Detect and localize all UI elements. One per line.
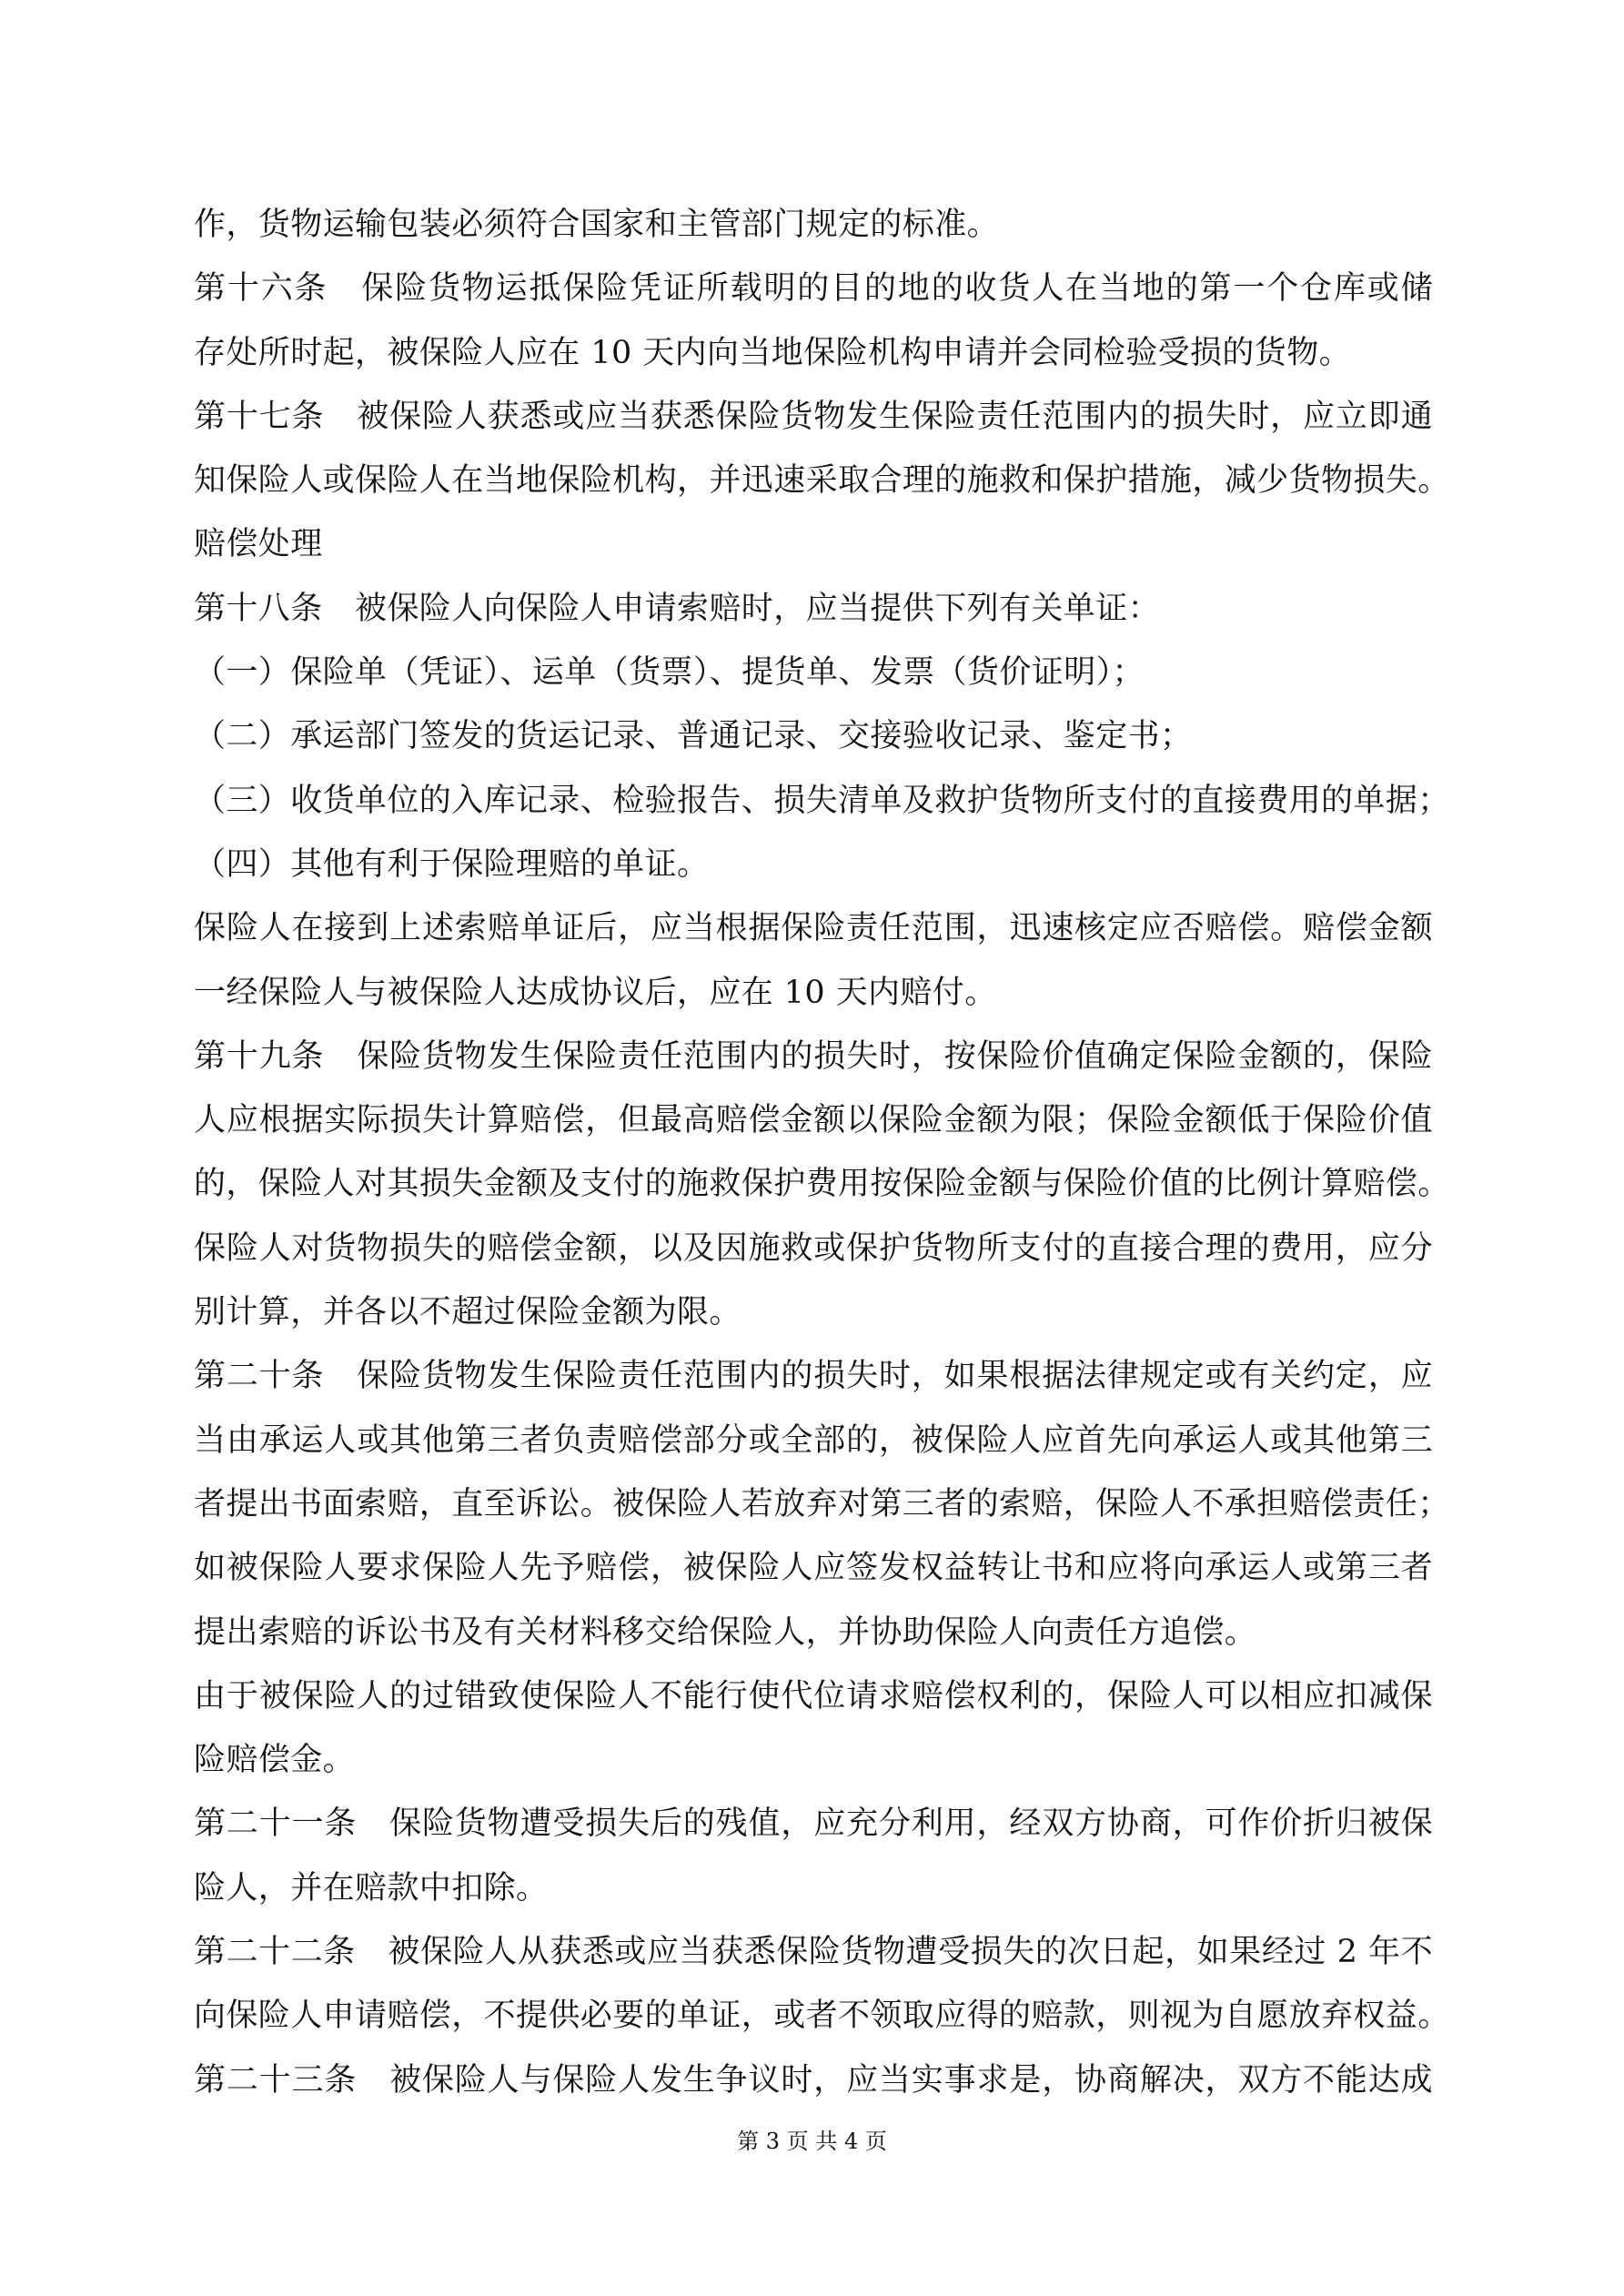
text-line: 保险人对货物损失的赔偿金额，以及因施救或保护货物所支付的直接合理的费用，应分 — [194, 1217, 1433, 1280]
list-item: （四）其他有利于保险理赔的单证。 — [194, 833, 1433, 896]
article-22-line: 第二十二条 被保险人从获悉或应当获悉保险货物遭受损失的次日起，如果经过 2 年不 — [194, 1920, 1433, 1984]
article-23-line: 第二十三条 被保险人与保险人发生争议时，应当实事求是，协商解决，双方不能达成 — [194, 2048, 1433, 2112]
article-18-line: 第十八条 被保险人向保险人申请索赔时，应当提供下列有关单证： — [194, 577, 1433, 641]
text-line: 向保险人申请赔偿，不提供必要的单证，或者不领取应得的赔款，则视为自愿放弃权益。 — [194, 1984, 1433, 2048]
section-heading: 赔偿处理 — [194, 512, 1433, 576]
text-line: 人应根据实际损失计算赔偿，但最高赔偿金额以保险金额为限；保险金额低于保险价值 — [194, 1088, 1433, 1152]
article-20-line: 第二十条 保险货物发生保险责任范围内的损失时，如果根据法律规定或有关约定，应 — [194, 1344, 1433, 1408]
text-line: 作，货物运输包装必须符合国家和主管部门规定的标准。 — [194, 193, 1433, 257]
document-body: 作，货物运输包装必须符合国家和主管部门规定的标准。 第十六条 保险货物运抵保险凭… — [194, 193, 1433, 2112]
article-16-line: 第十六条 保险货物运抵保险凭证所载明的目的地的收货人在当地的第一个仓库或储 — [194, 257, 1433, 320]
page-number-footer: 第 3 页 共 4 页 — [0, 2125, 1624, 2158]
text-line: 由于被保险人的过错致使保险人不能行使代位请求赔偿权利的，保险人可以相应扣减保 — [194, 1664, 1433, 1728]
text-line: 险赔偿金。 — [194, 1728, 1433, 1792]
document-page: 作，货物运输包装必须符合国家和主管部门规定的标准。 第十六条 保险货物运抵保险凭… — [0, 0, 1624, 2296]
list-item: （二）承运部门签发的货运记录、普通记录、交接验收记录、鉴定书； — [194, 704, 1433, 768]
article-19-line: 第十九条 保险货物发生保险责任范围内的损失时，按保险价值确定保险金额的，保险 — [194, 1025, 1433, 1088]
text-line: 一经保险人与被保险人达成协议后，应在 10 天内赔付。 — [194, 961, 1433, 1025]
text-line: 别计算，并各以不超过保险金额为限。 — [194, 1280, 1433, 1344]
article-21-line: 第二十一条 保险货物遭受损失后的残值，应充分利用，经双方协商，可作价折归被保 — [194, 1792, 1433, 1856]
text-line: 保险人在接到上述索赔单证后，应当根据保险责任范围，迅速核定应否赔偿。赔偿金额 — [194, 896, 1433, 960]
article-17-line: 第十七条 被保险人获悉或应当获悉保险货物发生保险责任范围内的损失时，应立即通 — [194, 385, 1433, 449]
text-line: 如被保险人要求保险人先予赔偿，被保险人应签发权益转让书和应将向承运人或第三者 — [194, 1536, 1433, 1600]
text-line: 提出索赔的诉讼书及有关材料移交给保险人，并协助保险人向责任方追偿。 — [194, 1601, 1433, 1664]
list-item: （一）保险单（凭证）、运单（货票）、提货单、发票（货价证明）； — [194, 641, 1433, 704]
text-line: 当由承运人或其他第三者负责赔偿部分或全部的，被保险人应首先向承运人或其他第三 — [194, 1409, 1433, 1472]
text-line: 存处所时起，被保险人应在 10 天内向当地保险机构申请并会同检验受损的货物。 — [194, 321, 1433, 385]
text-line: 险人，并在赔款中扣除。 — [194, 1856, 1433, 1920]
text-line: 知保险人或保险人在当地保险机构，并迅速采取合理的施救和保护措施，减少货物损失。 — [194, 449, 1433, 512]
text-line: 者提出书面索赔，直至诉讼。被保险人若放弃对第三者的索赔，保险人不承担赔偿责任； — [194, 1472, 1433, 1536]
list-item: （三）收货单位的入库记录、检验报告、损失清单及救护货物所支付的直接费用的单据； — [194, 769, 1433, 833]
text-line: 的，保险人对其损失金额及支付的施救保护费用按保险金额与保险价值的比例计算赔偿。 — [194, 1152, 1433, 1216]
